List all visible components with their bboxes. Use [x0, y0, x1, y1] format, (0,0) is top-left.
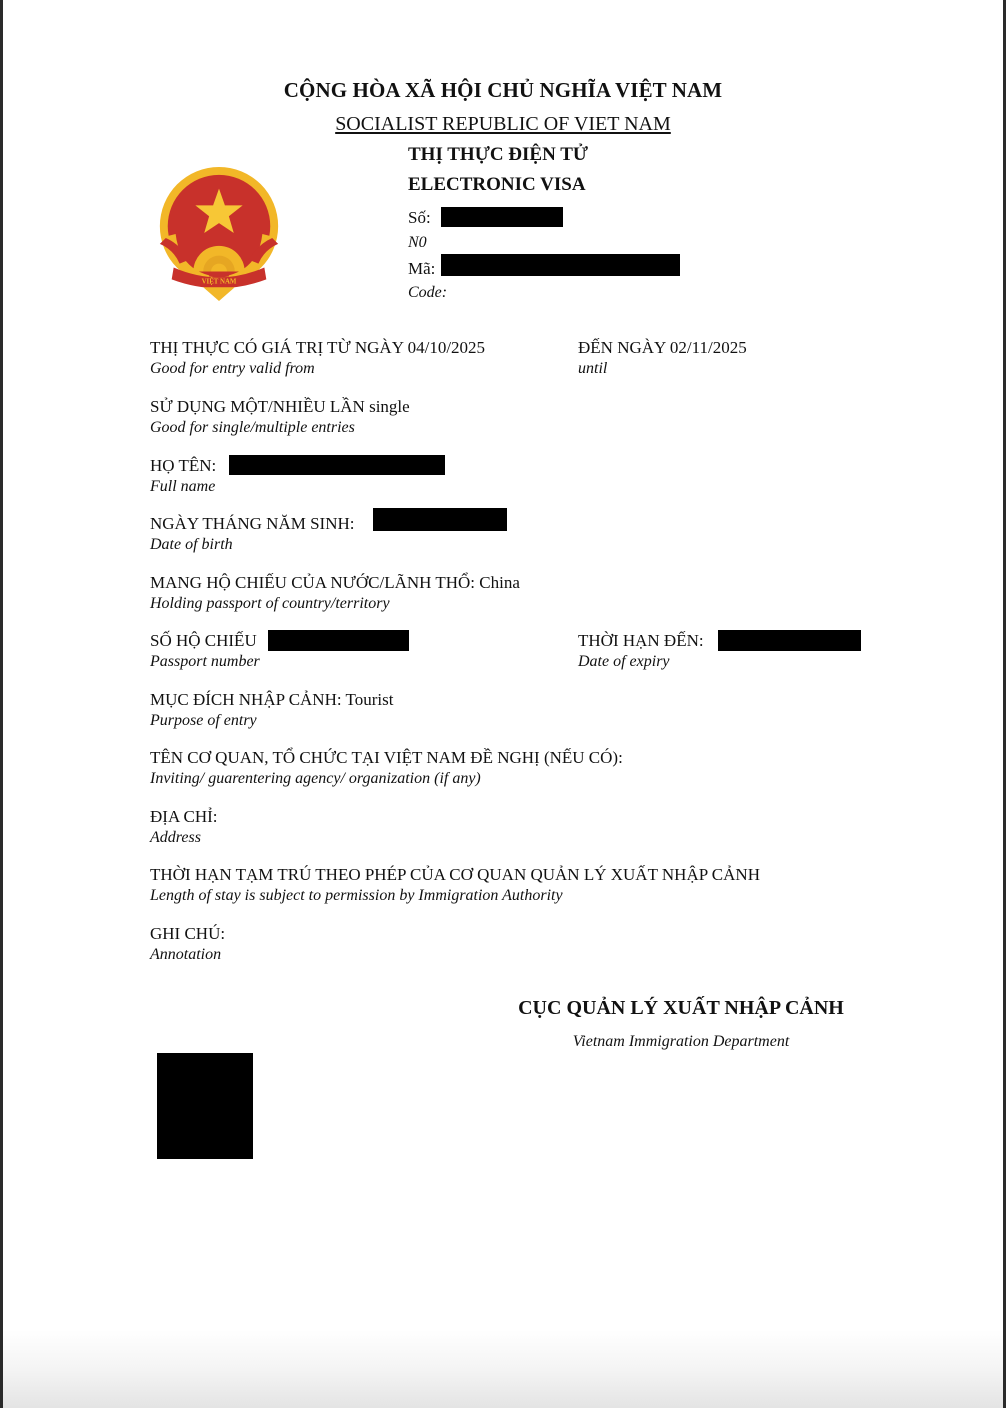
redacted-passport-expiry	[718, 630, 861, 651]
country-name-vn: CỘNG HÒA XÃ HỘI CHỦ NGHĨA VIỆT NAM	[3, 78, 1003, 103]
nationality-label-en: Holding passport of country/territory	[150, 595, 390, 613]
issuer-name-vn: CỤC QUẢN LÝ XUẤT NHẬP CẢNH	[481, 997, 881, 1020]
entries-label: SỬ DỤNG MỘT/NHIỀU LẦN	[150, 397, 365, 416]
stay-length-label-en: Length of stay is subject to permission …	[150, 887, 563, 905]
address-label-en: Address	[150, 829, 201, 847]
redacted-visa-number	[441, 207, 563, 227]
doc-title-en: ELECTRONIC VISA	[408, 174, 586, 196]
svg-text:VIỆT NAM: VIỆT NAM	[202, 277, 237, 285]
redacted-passport-number	[268, 630, 409, 651]
entries-value: single	[369, 397, 410, 416]
nationality-row: MANG HỘ CHIẾU CỦA NƯỚC/LÃNH THỔ: China	[150, 573, 520, 593]
purpose-value: Tourist	[346, 690, 394, 709]
dob-label-en: Date of birth	[150, 536, 233, 554]
number-label-en: N0	[408, 234, 427, 252]
purpose-row: MỤC ĐÍCH NHẬP CẢNH: Tourist	[150, 690, 393, 710]
passport-no-label: SỐ HỘ CHIẾU	[150, 631, 257, 651]
redacted-visa-code	[441, 254, 680, 276]
valid-until-label: ĐẾN NGÀY	[578, 338, 666, 357]
inviting-org-label: TÊN CƠ QUAN, TỔ CHỨC TẠI VIỆT NAM ĐỀ NGH…	[150, 748, 623, 768]
inviting-org-label-en: Inviting/ guarentering agency/ organizat…	[150, 770, 481, 788]
stay-length-label: THỜI HẠN TẠM TRÚ THEO PHÉP CỦA CƠ QUAN Q…	[150, 865, 760, 885]
valid-until-row: ĐẾN NGÀY 02/11/2025	[578, 338, 747, 358]
valid-until-label-en: until	[578, 360, 607, 378]
issuer-name-en: Vietnam Immigration Department	[481, 1033, 881, 1051]
full-name-label: HỌ TÊN:	[150, 456, 216, 476]
entries-label-en: Good for single/multiple entries	[150, 419, 355, 437]
visa-document-page: CỘNG HÒA XÃ HỘI CHỦ NGHĨA VIỆT NAM SOCIA…	[3, 0, 1003, 1408]
dob-label: NGÀY THÁNG NĂM SINH:	[150, 514, 354, 534]
passport-expiry-label-en: Date of expiry	[578, 653, 670, 671]
purpose-label-en: Purpose of entry	[150, 712, 257, 730]
valid-until-value: 02/11/2025	[670, 338, 747, 357]
code-label-en: Code:	[408, 284, 447, 302]
code-label-vn: Mã:	[408, 259, 435, 279]
passport-no-label-en: Passport number	[150, 653, 260, 671]
nationality-label: MANG HỘ CHIẾU CỦA NƯỚC/LÃNH THỔ:	[150, 573, 475, 592]
address-label: ĐỊA CHỈ:	[150, 807, 218, 827]
redacted-qr-code	[157, 1053, 253, 1159]
country-name-en: SOCIALIST REPUBLIC OF VIET NAM	[3, 113, 1003, 136]
annotation-label-en: Annotation	[150, 946, 221, 964]
valid-from-label-en: Good for entry valid from	[150, 360, 315, 378]
purpose-label: MỤC ĐÍCH NHẬP CẢNH:	[150, 690, 342, 709]
valid-from-value: 04/10/2025	[408, 338, 485, 357]
passport-expiry-label: THỜI HẠN ĐẾN:	[578, 631, 704, 651]
valid-from-label: THỊ THỰC CÓ GIÁ TRỊ TỪ NGÀY	[150, 338, 403, 357]
doc-title-vn: THỊ THỰC ĐIỆN TỬ	[408, 144, 588, 166]
nationality-value: China	[479, 573, 520, 592]
valid-from-row: THỊ THỰC CÓ GIÁ TRỊ TỪ NGÀY 04/10/2025	[150, 338, 485, 358]
number-label-vn: Số:	[408, 208, 431, 228]
redacted-full-name	[229, 455, 445, 475]
national-emblem-icon: VIỆT NAM	[150, 165, 288, 303]
full-name-label-en: Full name	[150, 478, 215, 496]
redacted-dob	[373, 508, 507, 531]
entries-row: SỬ DỤNG MỘT/NHIỀU LẦN single	[150, 397, 410, 417]
annotation-label: GHI CHÚ:	[150, 924, 225, 944]
